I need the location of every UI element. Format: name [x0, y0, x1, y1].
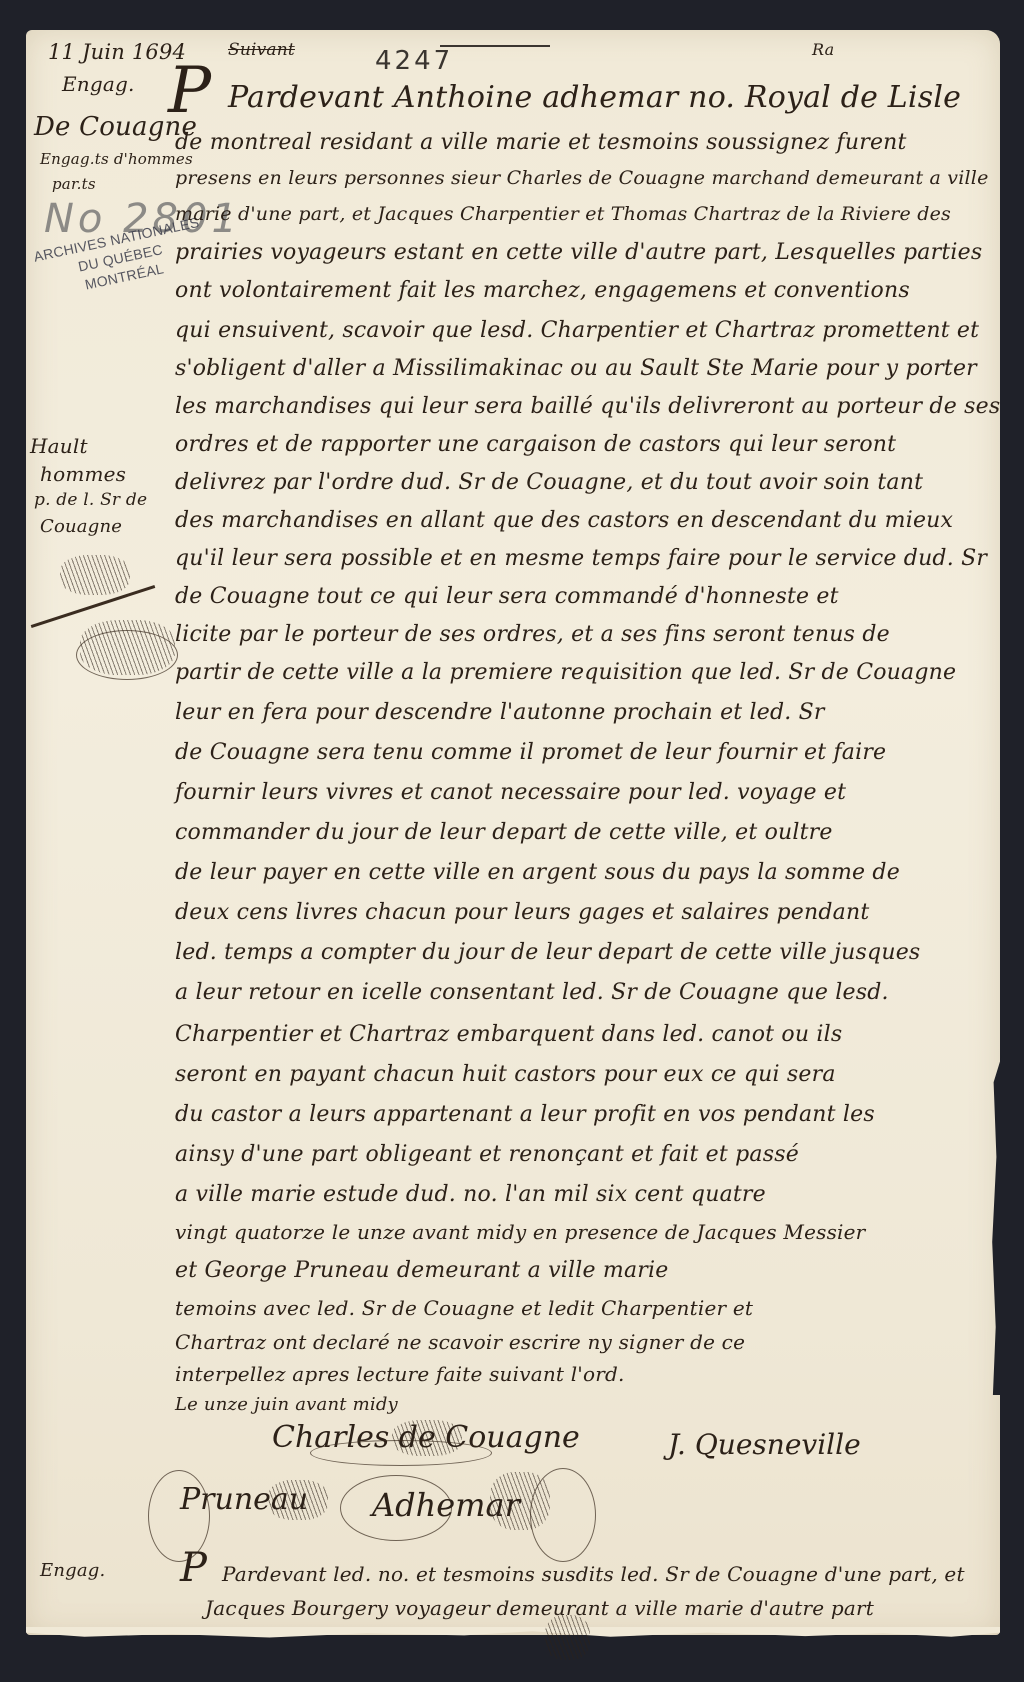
- body-line: de Couagne sera tenu comme il promet de …: [175, 740, 886, 765]
- addendum-initial: P: [180, 1545, 207, 1591]
- body-line: Charpentier et Chartraz embarquent dans …: [175, 1022, 842, 1047]
- body-line: Le unze juin avant midy: [175, 1394, 398, 1415]
- torn-bottom-edge: [26, 1627, 1000, 1641]
- body-line: s'obligent d'aller a Missilimakinac ou a…: [175, 356, 977, 381]
- signature-underline-loop: [310, 1440, 492, 1466]
- margin-note: hommes: [40, 462, 126, 486]
- superscript-annotation: Ra: [812, 40, 834, 59]
- body-line: prairies voyageurs estant en cette ville…: [175, 240, 982, 265]
- body-line: a ville marie estude dud. no. l'an mil s…: [175, 1182, 766, 1207]
- margin-note-engag: Engag.: [62, 72, 135, 96]
- body-line: ordres et de rapporter une cargaison de …: [175, 432, 896, 457]
- body-line: qu'il leur sera possible et en mesme tem…: [175, 546, 987, 571]
- body-line: delivrez par l'ordre dud. Sr de Couagne,…: [175, 470, 923, 495]
- body-line: a leur retour en icelle consentant led. …: [175, 980, 889, 1005]
- body-line: du castor a leurs appartenant a leur pro…: [175, 1102, 875, 1127]
- body-line: de montreal residant a ville marie et te…: [175, 130, 907, 155]
- margin-note: p. de l. Sr de: [34, 490, 147, 510]
- decorative-initial: P: [168, 54, 211, 128]
- margin-note-parties: par.ts: [52, 175, 96, 193]
- margin-note-engagements: Engag.ts d'hommes: [40, 150, 193, 168]
- torn-right-edge: [988, 1055, 1002, 1395]
- body-line: qui ensuivent, scavoir que lesd. Charpen…: [175, 318, 979, 343]
- margin-paraph-loop: [76, 630, 178, 680]
- folio-number: 4247: [375, 46, 453, 76]
- body-line: interpellez apres lecture faite suivant …: [175, 1362, 625, 1386]
- body-line: fournir leurs vivres et canot necessaire…: [175, 780, 846, 805]
- folio-rule: [440, 45, 550, 47]
- body-line: commander du jour de leur depart de cett…: [175, 820, 833, 845]
- body-line: Chartraz ont declaré ne scavoir escrire …: [175, 1330, 745, 1354]
- body-line: deux cens livres chacun pour leurs gages…: [175, 900, 869, 925]
- body-line: les marchandises qui leur sera baillé qu…: [175, 394, 1000, 419]
- body-line: temoins avec led. Sr de Couagne et ledit…: [175, 1296, 753, 1320]
- notary-flourish: [530, 1468, 596, 1562]
- body-line: de Couagne tout ce qui leur sera command…: [175, 584, 839, 609]
- body-line: led. temps a compter du jour de leur dep…: [175, 940, 920, 965]
- struck-word: Suivant: [228, 40, 295, 60]
- body-line: partir de cette ville a la premiere requ…: [175, 660, 956, 685]
- body-line: leur en fera pour descendre l'autonne pr…: [175, 700, 825, 725]
- date-note: 11 Juin 1694: [48, 40, 186, 64]
- margin-note: Hault: [30, 434, 88, 458]
- signature-quesneville: J. Quesneville: [668, 1428, 861, 1461]
- body-line: Pardevant Anthoine adhemar no. Royal de …: [228, 80, 961, 115]
- addendum-paraph: [545, 1615, 590, 1660]
- body-line: presens en leurs personnes sieur Charles…: [175, 167, 989, 189]
- body-line: vingt quatorze le unze avant midy en pre…: [175, 1220, 865, 1244]
- margin-note: Couagne: [40, 516, 122, 537]
- body-line: de leur payer en cette ville en argent s…: [175, 860, 900, 885]
- margin-initials-paraph: [60, 555, 130, 595]
- body-line: seront en payant chacun huit castors pou…: [175, 1062, 836, 1087]
- addendum-line: Jacques Bourgery voyageur demeurant a vi…: [205, 1596, 874, 1620]
- body-line: licite par le porteur de ses ordres, et …: [175, 622, 890, 647]
- body-line: des marchandises en allant que des casto…: [175, 508, 953, 533]
- body-line: marie d'une part, et Jacques Charpentier…: [175, 203, 951, 225]
- addendum-line: Pardevant led. no. et tesmoins susdits l…: [222, 1562, 965, 1586]
- body-line: ainsy d'une part obligeant et renonçant …: [175, 1142, 799, 1167]
- body-line: et George Pruneau demeurant a ville mari…: [175, 1258, 668, 1283]
- body-line: ont volontairement fait les marchez, eng…: [175, 278, 910, 303]
- addendum-margin-note: Engag.: [40, 1560, 105, 1581]
- signature-paraph: [268, 1480, 328, 1520]
